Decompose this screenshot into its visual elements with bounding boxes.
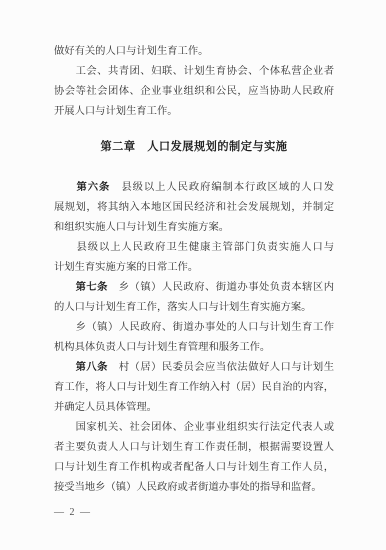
- line-text: 计划生育实施方案的日常工作。: [54, 262, 198, 273]
- article-number: 第六条: [76, 182, 110, 193]
- line-text: 协会等社会团体、企业事业组织和公民，应当协助人民政府: [54, 86, 334, 97]
- line-text: 乡（镇）人民政府、街道办事处的人口与计划生育工作: [76, 322, 334, 333]
- line-text: 口与计划生育工作机构或者配备人口与计划生育工作人员，: [54, 462, 334, 473]
- text-line: 展规划，将其纳入本地区国民经济和社会发展规划，并制定: [54, 198, 334, 218]
- article-number: 第八条: [76, 362, 108, 373]
- line-text: 乡（镇）人民政府、街道办事处负责本辖区内: [108, 282, 334, 293]
- text-line: 做好有关的人口与计划生育工作。: [54, 42, 334, 62]
- text-line: 和组织实施人口与计划生育实施方案。: [54, 218, 334, 238]
- text-line: 的人口与计划生育工作，落实人口与计划生育实施方案。: [54, 298, 334, 318]
- chapter-heading: 第二章 人口发展规划的制定与实施: [54, 137, 334, 157]
- text-line: 育工作，将人口与计划生育工作纳入村（居）民自治的内容，: [54, 378, 334, 398]
- paragraph-indent: [54, 242, 76, 253]
- line-text: 机构具体负责人口与计划生育管理和服务工作。: [54, 342, 270, 353]
- text-line: 并确定人员具体管理。: [54, 398, 334, 418]
- paragraph-indent: [54, 422, 76, 433]
- line-text: 和组织实施人口与计划生育实施方案。: [54, 222, 229, 233]
- text-line: 计划生育实施方案的日常工作。: [54, 258, 334, 278]
- paragraph-indent: [54, 66, 76, 77]
- article-start-line: 第六条 县级以上人民政府编制本行政区域的人口发: [54, 178, 334, 198]
- text-line: 开展人口与计划生育工作。: [54, 102, 334, 122]
- text-line: 国家机关、社会团体、企业事业组织实行法定代表人或: [54, 418, 334, 438]
- page-number: — 2 —: [54, 506, 92, 520]
- line-text: 做好有关的人口与计划生育工作。: [54, 46, 208, 57]
- paragraph-indent: [54, 362, 76, 373]
- line-text: 的人口与计划生育工作，落实人口与计划生育实施方案。: [54, 302, 311, 313]
- line-text: 县级以上人民政府卫生健康主管部门负责实施人口与: [76, 242, 334, 253]
- line-text: 接受当地乡（镇）人民政府或者街道办事处的指导和监督。: [54, 482, 322, 493]
- text-line: 乡（镇）人民政府、街道办事处的人口与计划生育工作: [54, 318, 334, 338]
- article-number: 第七条: [76, 282, 108, 293]
- line-text: 村（居）民委员会应当依法做好人口与计划生: [108, 362, 334, 373]
- paragraph-indent: [54, 282, 76, 293]
- page-body: 做好有关的人口与计划生育工作。 工会、共青团、妇联、计划生育协会、个体私营企业者…: [54, 42, 334, 498]
- line-text: 国家机关、社会团体、企业事业组织实行法定代表人或: [76, 422, 334, 433]
- article-start-line: 第七条 乡（镇）人民政府、街道办事处负责本辖区内: [54, 278, 334, 298]
- line-text: 者主要负责人人口与计划生育工作责任制，根据需要设置人: [54, 442, 334, 453]
- text-line: 工会、共青团、妇联、计划生育协会、个体私营企业者: [54, 62, 334, 82]
- text-line: 机构具体负责人口与计划生育管理和服务工作。: [54, 338, 334, 358]
- paragraph-indent: [54, 322, 76, 333]
- text-line: 口与计划生育工作机构或者配备人口与计划生育工作人员，: [54, 458, 334, 478]
- text-line: 者主要负责人人口与计划生育工作责任制，根据需要设置人: [54, 438, 334, 458]
- line-text: 第二章 人口发展规划的制定与实施: [100, 141, 287, 153]
- text-line: 县级以上人民政府卫生健康主管部门负责实施人口与: [54, 238, 334, 258]
- line-text: 县级以上人民政府编制本行政区域的人口发: [110, 182, 334, 193]
- article-start-line: 第八条 村（居）民委员会应当依法做好人口与计划生: [54, 358, 334, 378]
- text-line: 接受当地乡（镇）人民政府或者街道办事处的指导和监督。: [54, 478, 334, 498]
- line-text: 工会、共青团、妇联、计划生育协会、个体私营企业者: [76, 66, 334, 77]
- document-page: 做好有关的人口与计划生育工作。 工会、共青团、妇联、计划生育协会、个体私营企业者…: [0, 0, 386, 550]
- line-text: 并确定人员具体管理。: [54, 402, 157, 413]
- line-text: 育工作，将人口与计划生育工作纳入村（居）民自治的内容，: [54, 382, 334, 393]
- line-text: 开展人口与计划生育工作。: [54, 106, 178, 117]
- paragraph-indent: [54, 182, 76, 193]
- line-text: 展规划，将其纳入本地区国民经济和社会发展规划，并制定: [54, 202, 334, 213]
- text-line: 协会等社会团体、企业事业组织和公民，应当协助人民政府: [54, 82, 334, 102]
